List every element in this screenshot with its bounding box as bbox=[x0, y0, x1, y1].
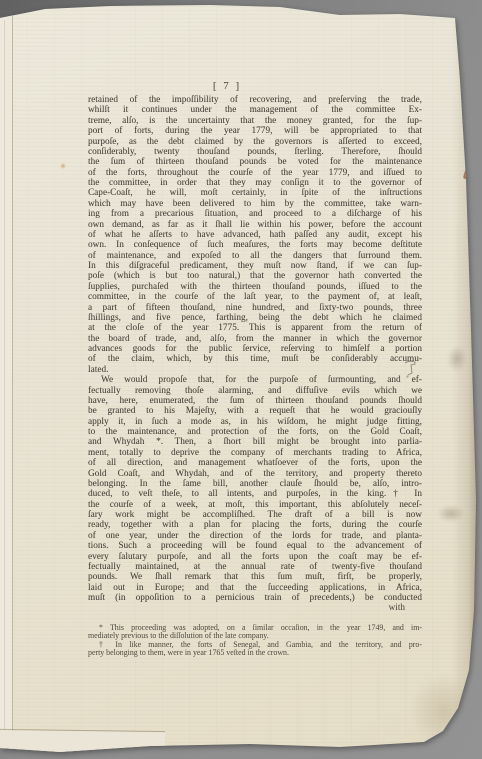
text-line: of one year, under the direction of the … bbox=[88, 530, 422, 540]
text-line: conſiderably, twenty thouſand pounds, ſt… bbox=[88, 146, 422, 156]
text-line: treme, alſo, is the uncertainty that the… bbox=[88, 115, 422, 125]
page-right-edge-shading bbox=[452, 10, 482, 759]
catchword: with bbox=[389, 602, 405, 612]
text-line: Cape-Coaſt, he will, moſt certainly, in … bbox=[88, 187, 422, 197]
text-line: at the cloſe of the year 1775. This is a… bbox=[88, 322, 422, 332]
text-line: poſe (which is but too natural,) that th… bbox=[88, 270, 422, 280]
text-line: * This proceeding was adopted, on a ſimi… bbox=[88, 624, 422, 632]
edge-ink-smudge-2 bbox=[447, 346, 467, 372]
page-number-header: [ 7 ] bbox=[88, 80, 422, 92]
text-line: ready, together with a plan for placing … bbox=[88, 519, 422, 529]
text-line: Gold Coaſt, and Whydah, and of the terri… bbox=[88, 468, 422, 478]
text-line: own. In conſequence of ſuch meaſures, th… bbox=[88, 239, 422, 249]
edge-ink-smudge bbox=[437, 505, 465, 522]
text-line: lated. bbox=[88, 364, 422, 374]
under-leaf-bottom bbox=[0, 730, 165, 759]
text-line: of maintenance, and expoſed to all the d… bbox=[88, 250, 422, 260]
text-line: the ſum of thirteen thouſand pounds be v… bbox=[88, 156, 422, 166]
text-line: muſt (in oppoſition to a pernicious trai… bbox=[88, 592, 422, 602]
text-line: have, here, enumerated, the ſum of thirt… bbox=[88, 395, 422, 405]
text-line: duced, to veſt theſe, to all intents, an… bbox=[88, 488, 422, 498]
text-line: purpoſe, as the debt claimed by the gove… bbox=[88, 136, 422, 146]
page-fold-line-faint bbox=[4, 20, 5, 753]
text-line: whilſt it continues under the management… bbox=[88, 104, 422, 114]
text-line: ing from a precarious ſituation, and pro… bbox=[88, 208, 422, 218]
text-column: retained of the impoſſibility of recover… bbox=[88, 94, 422, 658]
text-line: perty belonging to them, were in year 17… bbox=[88, 649, 422, 657]
text-line: pounds. We ſhall remark that this ſum mu… bbox=[88, 571, 422, 581]
text-line: fectually removing thoſe alarming, and d… bbox=[88, 385, 422, 395]
text-line: which may have been delivered to him by … bbox=[88, 198, 422, 208]
text-line: ſupplies, purchaſed with the thirteen th… bbox=[88, 281, 422, 291]
text-line: to the maintenance, and protection of th… bbox=[88, 426, 422, 436]
text-line: ſary work might be accompliſhed. The dra… bbox=[88, 509, 422, 519]
text-line: † In like manner, the forts of Senegal, … bbox=[88, 641, 422, 649]
text-line: own demand, as far as it ſhall lie withi… bbox=[88, 219, 422, 229]
body-text: retained of the impoſſibility of recover… bbox=[88, 94, 422, 602]
text-line: the committee, in order that they may co… bbox=[88, 177, 422, 187]
text-line: mediately previous to the diſſolution of… bbox=[88, 632, 422, 640]
pencil-annotation bbox=[403, 357, 423, 381]
text-line: advances goods for the public ſervice, r… bbox=[88, 343, 422, 353]
text-line: In this diſgraceful predicament, they mu… bbox=[88, 260, 422, 270]
page-paper: [ 7 ] retained of the impoſſibility of r… bbox=[0, 0, 482, 759]
text-line: ment, totally to deprive the company of … bbox=[88, 447, 422, 457]
text-line: of the claim, which, by this time, muſt … bbox=[88, 353, 422, 363]
corner-wear-stain bbox=[412, 676, 476, 748]
text-line: apply it, in ſuch a mode as, in his wiſd… bbox=[88, 416, 422, 426]
text-line: of all direction, and management whatſoe… bbox=[88, 457, 422, 467]
text-line: of what he aſſerts to have advanced, hat… bbox=[88, 229, 422, 239]
paper-shadow: [ 7 ] retained of the impoſſibility of r… bbox=[0, 0, 482, 759]
text-line: a part of fifteen thouſand, nine hundred… bbox=[88, 302, 422, 312]
text-line: every ſalutary purpoſe, and all the fort… bbox=[88, 551, 422, 561]
text-line: of the forts, throughout the courſe of t… bbox=[88, 167, 422, 177]
text-line: belonging. In the ſame bill, another cla… bbox=[88, 478, 422, 488]
page-fold-line bbox=[12, 16, 13, 755]
text-line: port of forts, during the year 1779, wil… bbox=[88, 125, 422, 135]
text-line: retained of the impoſſibility of recover… bbox=[88, 94, 422, 104]
text-line: be granted to his Majeſty, with a requeſ… bbox=[88, 405, 422, 415]
scan-viewport: { "document": { "page_number_header": "[… bbox=[0, 0, 482, 759]
catchword-row: with bbox=[88, 602, 422, 612]
text-line: tions. Such a proceeding will be found e… bbox=[88, 540, 422, 550]
text-line: fectually maintained, at the annual rate… bbox=[88, 561, 422, 571]
text-line: We would propoſe that, for the purpoſe o… bbox=[88, 374, 422, 384]
text-line: the courſe of a week, at moſt, this impo… bbox=[88, 499, 422, 509]
text-line: and Whydah *. Then, a ſhort bill might b… bbox=[88, 436, 422, 446]
text-line: ſhillings, and five pence, farthing, bei… bbox=[88, 312, 422, 322]
text-line: committee, in the courſe of the laſt yea… bbox=[88, 291, 422, 301]
text-line: the board of trade, and, alſo, from the … bbox=[88, 333, 422, 343]
footnotes: * This proceeding was adopted, on a ſimi… bbox=[88, 624, 422, 658]
fox-spot bbox=[60, 163, 66, 169]
red-edge-mark bbox=[463, 170, 469, 180]
text-line: laid out in Europe; and that the ſucceed… bbox=[88, 582, 422, 592]
